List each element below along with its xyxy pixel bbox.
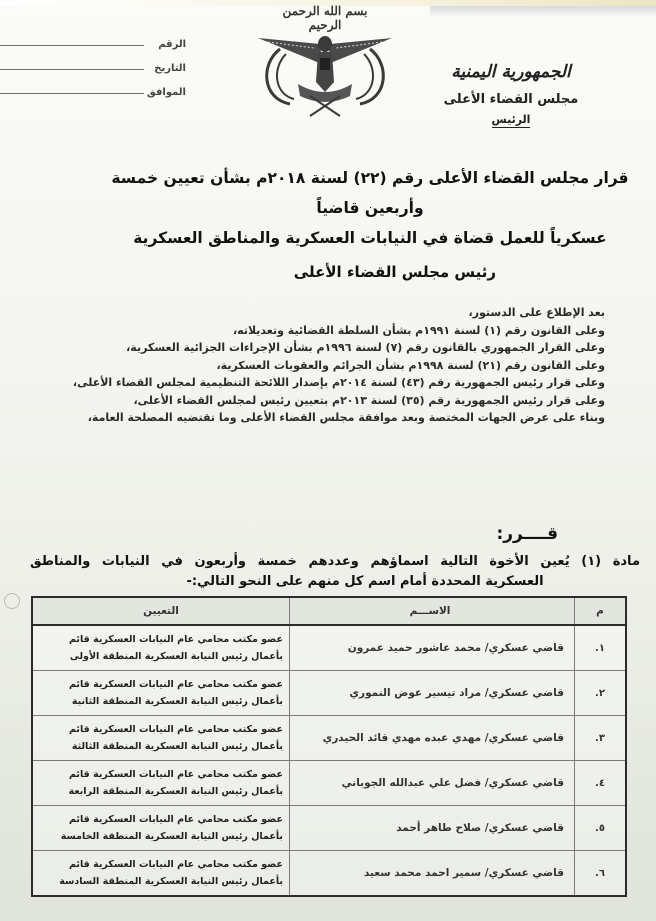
role-line-1: عضو مكتب محامي عام النيابات العسكرية قائ… [39,676,283,693]
ref-date-line [0,59,144,70]
role-line-1: عضو مكتب محامي عام النيابات العسكرية قائ… [39,721,283,738]
role-line-1: عضو مكتب محامي عام النيابات العسكرية قائ… [39,856,283,873]
paper-fold-shadow [430,6,656,16]
role-line-2: بأعمال رئيس النيابة العسكرية المنطقة الث… [39,738,283,755]
reference-fields: الرقم التاريخ الموافق [0,26,190,98]
council-name: مجلس القضاء الأعلى [436,92,586,107]
appointments-table: م الاســـم التعيين ١. قاضي عسكري/ محمد ع… [31,596,627,897]
republic-name: الجمهورية اليمنية [436,62,586,82]
ref-date-label: التاريخ [144,63,190,74]
preamble-clause: وعلى القانون رقم (١) لسنة ١٩٩١م بشأن الس… [30,322,605,340]
row-role: عضو مكتب محامي عام النيابات العسكرية قائ… [32,625,290,671]
row-role: عضو مكتب محامي عام النيابات العسكرية قائ… [32,671,290,716]
row-num: ٤. [575,761,627,806]
preamble-clause: وعلى القرار الجمهوري بالقانون رقم (٧) لس… [30,339,605,357]
row-name: قاضي عسكري/ صلاح طاهر أحمد [290,806,575,851]
decision-title: قرار مجلس القضاء الأعلى رقم (٢٢) لسنة ٢٠… [100,163,640,253]
ref-number-line [0,35,144,46]
article-1-line-1: مادة (١) يُعين الأخوة التالية اسماؤهم وع… [30,552,640,572]
row-role: عضو مكتب محامي عام النيابات العسكرية قائ… [32,806,290,851]
row-num: ٥. [575,806,627,851]
office-title: الرئيس [492,113,531,128]
row-num: ٣. [575,716,627,761]
decided-heading: قــــرر: [496,524,558,544]
table-row: ٥. قاضي عسكري/ صلاح طاهر أحمد عضو مكتب م… [32,806,626,851]
preamble-clause: بعد الإطلاع على الدستور، [30,304,605,322]
table-row: ٣. قاضي عسكري/ مهدي عبده مهدي قائد الحيد… [32,716,626,761]
yemen-eagle-emblem-icon [250,4,400,124]
col-header-name: الاســـم [290,597,575,625]
preamble: بعد الإطلاع على الدستور، وعلى القانون رق… [30,304,605,427]
table-row: ٦. قاضي عسكري/ سمير احمد محمد سعيد عضو م… [32,851,626,897]
row-role: عضو مكتب محامي عام النيابات العسكرية قائ… [32,761,290,806]
title-line-2: عسكرياً للعمل قضاة في النيابات العسكرية … [100,223,640,253]
article-1: مادة (١) يُعين الأخوة التالية اسماؤهم وع… [30,552,640,592]
preamble-clause: وبناء على عرض الجهات المختصة وبعد موافقة… [30,409,605,427]
role-line-2: بأعمال رئيس النيابة العسكرية المنطقة الث… [39,693,283,710]
preamble-clause: وعلى القانون رقم (٢١) لسنة ١٩٩٨م بشأن ال… [30,357,605,375]
ref-corresponding-label: الموافق [144,87,190,98]
row-name: قاضي عسكري/ مراد تيسير عوض النموري [290,671,575,716]
row-name: قاضي عسكري/ فضل علي عبدالله الجوباني [290,761,575,806]
table-row: ١. قاضي عسكري/ محمد عاشور حميد عمرون عضو… [32,625,626,671]
role-line-2: بأعمال رئيس النيابة العسكرية المنطقة الس… [39,873,283,890]
ref-corresponding-line [0,83,144,94]
table-header-row: م الاســـم التعيين [32,597,626,625]
row-name: قاضي عسكري/ سمير احمد محمد سعيد [290,851,575,897]
ref-number-row: الرقم [0,26,190,50]
row-num: ١. [575,625,627,671]
row-num: ٢. [575,671,627,716]
title-line-1: قرار مجلس القضاء الأعلى رقم (٢٢) لسنة ٢٠… [100,163,640,223]
role-line-1: عضو مكتب محامي عام النيابات العسكرية قائ… [39,766,283,783]
preamble-clause: وعلى قرار رئيس الجمهورية رقم (٣٥) لسنة ٢… [30,392,605,410]
binder-hole [4,593,20,609]
col-header-role: التعيين [32,597,290,625]
role-line-2: بأعمال رئيس النيابة العسكرية المنطقة الر… [39,783,283,800]
preamble-clause: وعلى قرار رئيس الجمهورية رقم (٤٣) لسنة ٢… [30,374,605,392]
role-line-1: عضو مكتب محامي عام النيابات العسكرية قائ… [39,631,283,648]
role-line-2: بأعمال رئيس النيابة العسكرية المنطقة الخ… [39,828,283,845]
role-line-2: بأعمال رئيس النيابة العسكرية المنطقة الأ… [39,648,283,665]
ref-number-label: الرقم [144,39,190,50]
issuer-subheading: رئيس مجلس القضاء الأعلى [294,263,496,281]
row-name: قاضي عسكري/ محمد عاشور حميد عمرون [290,625,575,671]
ref-corresponding-row: الموافق [0,74,190,98]
role-line-1: عضو مكتب محامي عام النيابات العسكرية قائ… [39,811,283,828]
document-page: الرقم التاريخ الموافق بسم الله الرحمن ال… [0,0,656,921]
table-row: ٢. قاضي عسكري/ مراد تيسير عوض النموري عض… [32,671,626,716]
issuer-header: الجمهورية اليمنية مجلس القضاء الأعلى الر… [436,62,586,128]
row-role: عضو مكتب محامي عام النيابات العسكرية قائ… [32,851,290,897]
row-role: عضو مكتب محامي عام النيابات العسكرية قائ… [32,716,290,761]
col-header-num: م [575,597,627,625]
row-num: ٦. [575,851,627,897]
table-row: ٤. قاضي عسكري/ فضل علي عبدالله الجوباني … [32,761,626,806]
ref-date-row: التاريخ [0,50,190,74]
row-name: قاضي عسكري/ مهدي عبده مهدي قائد الحيدري [290,716,575,761]
article-1-line-2: العسكرية المحددة أمام اسم كل منهم على ال… [30,572,640,592]
